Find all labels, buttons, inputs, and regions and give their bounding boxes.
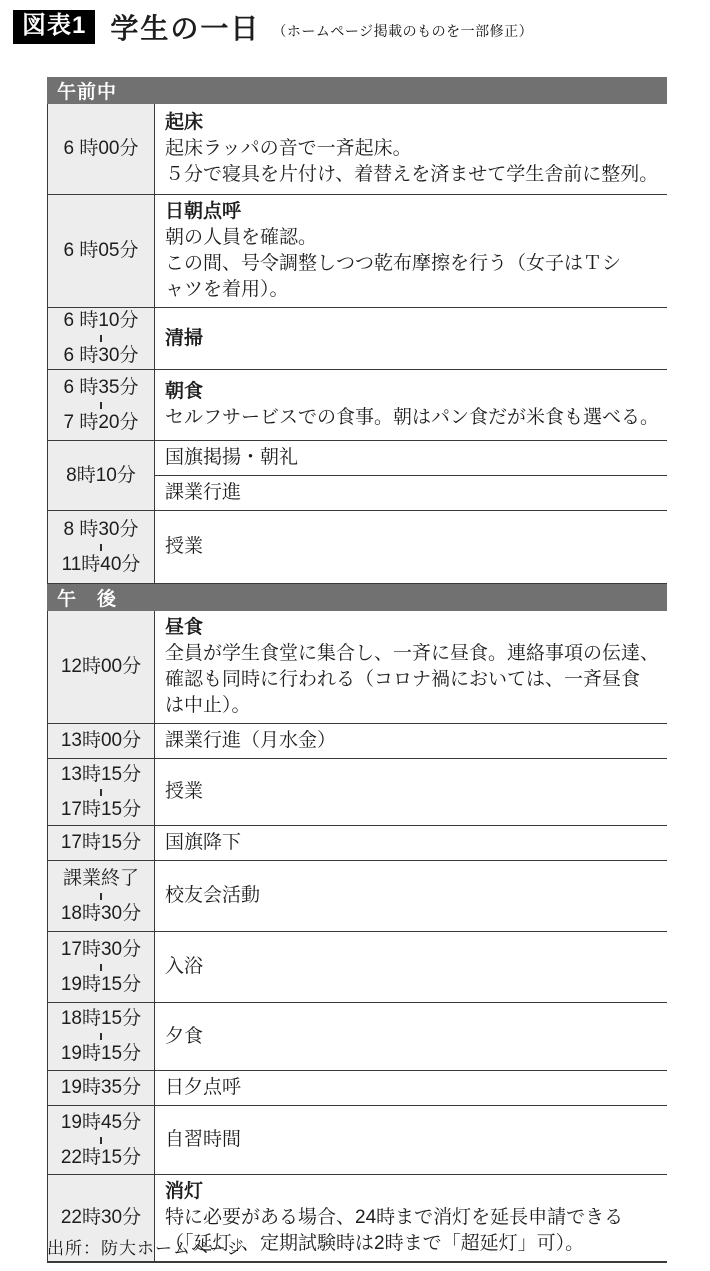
time-label: 13時00分	[61, 729, 141, 753]
time-cell: 6 時00分	[48, 104, 155, 194]
schedule-item: 国旗降下	[155, 826, 667, 860]
schedule-item: 自習時間	[155, 1106, 667, 1174]
time-label: 6 時35分	[64, 376, 139, 400]
schedule-row: 17時30分19時15分入浴	[47, 932, 667, 1003]
time-label: 6 時30分	[64, 344, 139, 368]
activity-title: 清掃	[165, 326, 667, 352]
activity-title: 入浴	[165, 954, 667, 980]
activity-title: 課業行進（月水金）	[165, 728, 667, 754]
schedule-item: 起床起床ラッパの音で一斉起床。５分で寝具を片付け、着替えを済ませて学生舎前に整列…	[155, 104, 667, 194]
activity-title: 消灯	[165, 1179, 667, 1205]
schedule-item: 入浴	[155, 932, 667, 1002]
time-label: 11時40分	[62, 553, 141, 577]
time-cell: 13時15分17時15分	[48, 759, 155, 825]
time-cell: 19時35分	[48, 1071, 155, 1105]
time-label: 6 時05分	[64, 239, 139, 263]
time-cell: 18時15分19時15分	[48, 1003, 155, 1070]
schedule-row: 8 時30分11時40分授業	[47, 511, 667, 584]
activity-description-line: 朝の人員を確認。	[165, 225, 667, 251]
time-range-dash	[100, 1033, 102, 1040]
content-cell: 校友会活動	[155, 861, 667, 931]
section-header-morning: 午前中	[47, 77, 667, 104]
activity-title: 夕食	[165, 1024, 667, 1050]
time-cell: 6 時35分7 時20分	[48, 370, 155, 440]
figure-subtitle-note: （ホームページ掲載のものを一部修正）	[272, 21, 533, 41]
schedule-row: 13時00分課業行進（月水金）	[47, 724, 667, 759]
schedule-item: 課業行進（月水金）	[155, 724, 667, 758]
activity-description-line: この間、号令調整しつつ乾布摩擦を行う（女子はＴシ	[165, 251, 667, 277]
time-label: 22時15分	[61, 1146, 141, 1170]
figure-header: 図表1 学生の一日 （ホームページ掲載のものを一部修正）	[13, 7, 533, 47]
time-cell: 17時15分	[48, 826, 155, 860]
activity-description-line: 特に必要がある場合、24時まで消灯を延長申請できる	[165, 1205, 667, 1231]
time-label: 6 時00分	[64, 137, 139, 161]
figure-page: 図表1 学生の一日 （ホームページ掲載のものを一部修正） 午前中6 時00分起床…	[0, 0, 710, 1271]
time-label: 17時15分	[61, 831, 141, 855]
time-cell: 8 時30分11時40分	[48, 511, 155, 583]
schedule-item: 授業	[155, 759, 667, 825]
time-label: 18時15分	[61, 1007, 141, 1031]
schedule-row: 19時45分22時15分自習時間	[47, 1106, 667, 1175]
activity-description-line: ５分で寝具を片付け、着替えを済ませて学生舎前に整列。	[165, 162, 667, 188]
schedule-item: 清掃	[155, 308, 667, 369]
content-cell: 夕食	[155, 1003, 667, 1070]
time-cell: 課業終了18時30分	[48, 861, 155, 931]
schedule-row: 6 時35分7 時20分朝食セルフサービスでの食事。朝はパン食だが米食も選べる。	[47, 370, 667, 441]
content-cell: 入浴	[155, 932, 667, 1002]
time-cell: 6 時10分6 時30分	[48, 308, 155, 369]
activity-title: 校友会活動	[165, 883, 667, 909]
schedule-item: 校友会活動	[155, 861, 667, 931]
time-range-dash	[100, 402, 102, 409]
content-cell: 授業	[155, 511, 667, 583]
time-range-dash	[100, 1137, 102, 1144]
time-label: 22時30分	[61, 1206, 141, 1230]
time-label: 17時15分	[61, 798, 141, 822]
time-label: 12時00分	[61, 655, 141, 679]
schedule-item: 国旗掲揚・朝礼	[155, 441, 667, 475]
content-cell: 課業行進（月水金）	[155, 724, 667, 758]
schedule-item: 課業行進	[155, 475, 667, 510]
time-label: 8 時30分	[64, 518, 139, 542]
content-cell: 朝食セルフサービスでの食事。朝はパン食だが米食も選べる。	[155, 370, 667, 440]
content-cell: 授業	[155, 759, 667, 825]
activity-title: 昼食	[165, 615, 667, 641]
activity-title: 日夕点呼	[165, 1075, 667, 1101]
content-cell: 昼食全員が学生食堂に集合し、一斉に昼食。連絡事項の伝達、確認も同時に行われる（コ…	[155, 611, 667, 723]
schedule-row: 18時15分19時15分夕食	[47, 1003, 667, 1071]
content-cell: 自習時間	[155, 1106, 667, 1174]
activity-description-line: は中止）。	[165, 693, 667, 719]
schedule-row: 19時35分日夕点呼	[47, 1071, 667, 1106]
activity-description-line: 全員が学生食堂に集合し、一斉に昼食。連絡事項の伝達、	[165, 641, 667, 667]
activity-title: 国旗掲揚・朝礼	[165, 445, 667, 471]
activity-title: 日朝点呼	[165, 199, 667, 225]
time-range-dash	[100, 789, 102, 796]
schedule-item: 日朝点呼朝の人員を確認。この間、号令調整しつつ乾布摩擦を行う（女子はＴシャツを着…	[155, 195, 667, 307]
time-label: 19時35分	[61, 1076, 141, 1100]
schedule-item: 日夕点呼	[155, 1071, 667, 1105]
schedule-row: 6 時10分6 時30分清掃	[47, 308, 667, 370]
activity-description-line: 確認も同時に行われる（コロナ禍においては、一斉昼食	[165, 667, 667, 693]
time-label: 7 時20分	[64, 411, 139, 435]
time-cell: 13時00分	[48, 724, 155, 758]
activity-title: 自習時間	[165, 1127, 667, 1153]
time-label: 6 時10分	[64, 309, 139, 333]
activity-title: 授業	[165, 779, 667, 805]
schedule-row: 課業終了18時30分校友会活動	[47, 861, 667, 932]
schedule-row: 17時15分国旗降下	[47, 826, 667, 861]
activity-title: 授業	[165, 534, 667, 560]
time-label: 19時45分	[61, 1111, 141, 1135]
time-cell: 6 時05分	[48, 195, 155, 307]
activity-title: 起床	[165, 110, 667, 136]
time-range-dash	[100, 964, 102, 971]
content-cell: 日朝点呼朝の人員を確認。この間、号令調整しつつ乾布摩擦を行う（女子はＴシャツを着…	[155, 195, 667, 307]
content-cell: 国旗掲揚・朝礼課業行進	[155, 441, 667, 510]
figure-title: 学生の一日	[110, 7, 260, 47]
schedule-row: 13時15分17時15分授業	[47, 759, 667, 826]
figure-number-tag: 図表1	[13, 10, 95, 44]
time-label: 課業終了	[63, 867, 139, 891]
source-note: 出所：防大ホームページ	[47, 1234, 245, 1259]
content-cell: 国旗降下	[155, 826, 667, 860]
schedule-row: 6 時00分起床起床ラッパの音で一斉起床。５分で寝具を片付け、着替えを済ませて学…	[47, 104, 667, 195]
time-range-dash	[100, 335, 102, 342]
time-label: 19時15分	[61, 973, 141, 997]
schedule-item: 昼食全員が学生食堂に集合し、一斉に昼食。連絡事項の伝達、確認も同時に行われる（コ…	[155, 611, 667, 723]
schedule-item: 朝食セルフサービスでの食事。朝はパン食だが米食も選べる。	[155, 370, 667, 440]
activity-title: 国旗降下	[165, 830, 667, 856]
time-cell: 8時10分	[48, 441, 155, 510]
activity-title: 朝食	[165, 379, 667, 405]
time-label: 18時30分	[61, 902, 141, 926]
time-cell: 19時45分22時15分	[48, 1106, 155, 1174]
schedule-item: 夕食	[155, 1003, 667, 1070]
time-label: 17時30分	[61, 938, 141, 962]
daily-schedule-table: 午前中6 時00分起床起床ラッパの音で一斉起床。５分で寝具を片付け、着替えを済ま…	[47, 77, 667, 1263]
schedule-row: 6 時05分日朝点呼朝の人員を確認。この間、号令調整しつつ乾布摩擦を行う（女子は…	[47, 195, 667, 308]
time-cell: 12時00分	[48, 611, 155, 723]
activity-description-line: ャツを着用）。	[165, 277, 667, 303]
schedule-item: 授業	[155, 511, 667, 583]
time-range-dash	[100, 893, 102, 900]
time-range-dash	[100, 544, 102, 551]
activity-description-line: 起床ラッパの音で一斉起床。	[165, 136, 667, 162]
content-cell: 日夕点呼	[155, 1071, 667, 1105]
activity-description-line: セルフサービスでの食事。朝はパン食だが米食も選べる。	[165, 405, 667, 431]
content-cell: 起床起床ラッパの音で一斉起床。５分で寝具を片付け、着替えを済ませて学生舎前に整列…	[155, 104, 667, 194]
activity-title: 課業行進	[165, 480, 667, 506]
time-label: 8時10分	[66, 464, 136, 488]
section-header-afternoon: 午 後	[47, 584, 667, 611]
schedule-row: 12時00分昼食全員が学生食堂に集合し、一斉に昼食。連絡事項の伝達、確認も同時に…	[47, 611, 667, 724]
schedule-row: 8時10分国旗掲揚・朝礼課業行進	[47, 441, 667, 511]
time-label: 19時15分	[61, 1042, 141, 1066]
time-cell: 17時30分19時15分	[48, 932, 155, 1002]
content-cell: 清掃	[155, 308, 667, 369]
time-label: 13時15分	[61, 763, 141, 787]
